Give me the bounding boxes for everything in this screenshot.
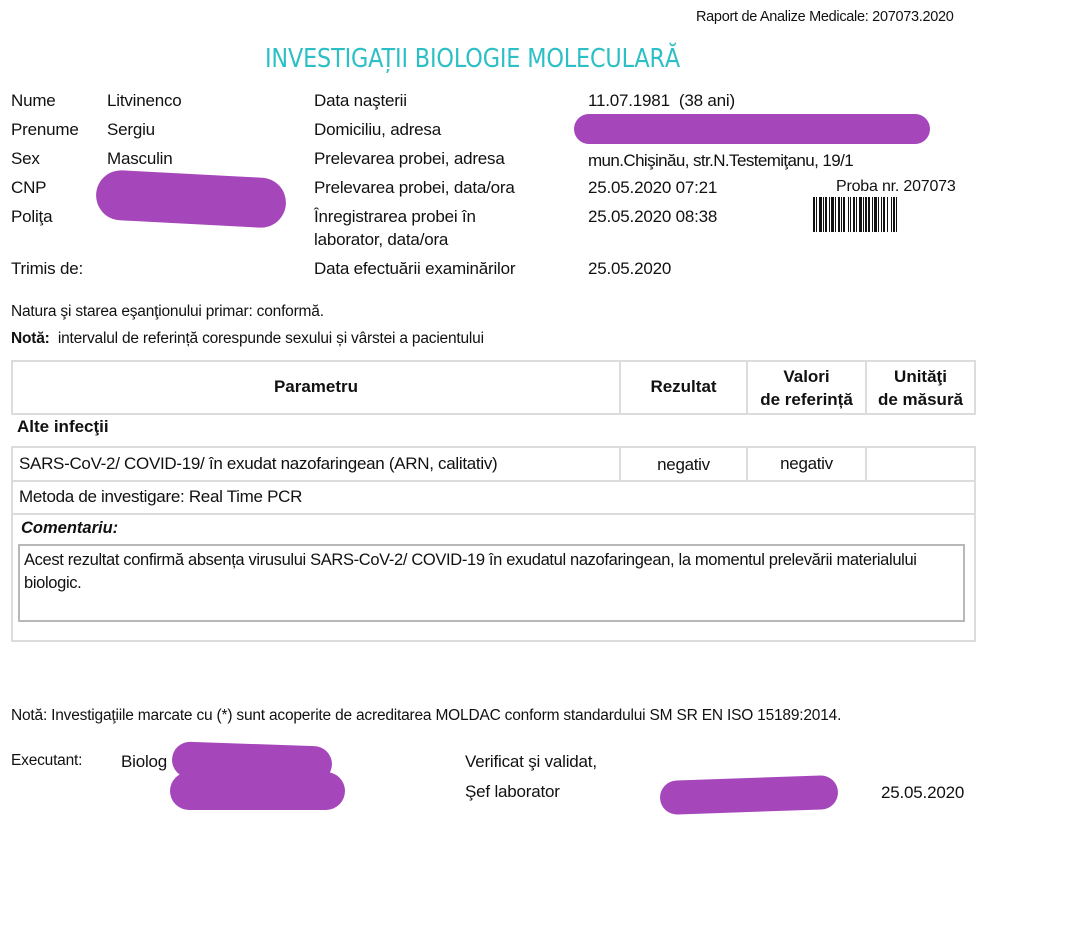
page-title: INVESTIGAȚII BIOLOGIE MOLECULARĂ [265,44,680,74]
header-rezultat: Rezultat [619,376,748,398]
header-valori-line2: de referință [746,389,867,411]
row-rezultat: negativ [619,455,748,475]
method-text: Metoda de investigare: Real Time PCR [19,487,302,507]
accreditation-note: Notă: Investigaţiile marcate cu (*) sunt… [11,707,841,725]
address-label: Domiciliu, adresa [314,120,441,140]
nume-label: Nume [11,91,56,111]
comment-title: Comentariu: [21,519,118,538]
reference-note-label: Notă: [11,330,50,347]
sex-value: Masculin [107,149,172,169]
chief-name-redaction [659,775,838,815]
chief-label: Şef laborator [465,782,560,802]
collection-datetime-value: 25.05.2020 07:21 [588,178,717,198]
cnp-polita-redaction [95,169,287,229]
registration-value: 25.05.2020 08:38 [588,207,717,227]
address-redaction [574,114,930,144]
exam-date-label: Data efectuării examinărilor [314,259,515,279]
report-number: Raport de Analize Medicale: 207073.2020 [696,9,954,25]
section-title: Alte infecţii [17,417,109,437]
birth-label: Data naşterii [314,91,407,111]
prenume-label: Prenume [11,120,79,140]
verified-label: Verificat şi validat, [465,752,597,772]
birth-value: 11.07.1981 (38 ani) [588,91,735,111]
row-cell-unitati [865,446,976,482]
header-unitati-line2: de măsură [865,389,976,411]
collection-datetime-label: Prelevarea probei, data/ora [314,178,515,198]
executant-value: Biolog [121,752,167,772]
reference-note-text: intervalul de referință corespunde sexul… [50,330,484,347]
header-unitati-line1: Unităţi [865,366,976,388]
signature-date: 25.05.2020 [881,783,964,803]
prenume-value: Sergiu [107,120,155,140]
comment-box: Acest rezultat confirmă absența virusulu… [18,544,965,622]
polita-label: Poliţa [11,207,52,227]
header-valori-line1: Valori [746,366,867,388]
header-parametru: Parametru [11,376,621,398]
reference-note: Notă: intervalul de referință corespunde… [11,330,484,348]
sample-number: Proba nr. 207073 [836,178,956,196]
sex-label: Sex [11,149,40,169]
executant-name-redaction-2 [170,772,345,810]
sample-state-note: Natura şi starea eşanţionului primar: co… [11,303,324,321]
collection-address-value: mun.Chişinău, str.N.Testemiţanu, 19/1 [588,151,853,171]
barcode-icon [813,197,971,232]
row-parametru: SARS-CoV-2/ COVID-19/ în exudat nazofari… [19,454,497,474]
nume-value: Litvinenco [107,91,182,111]
exam-date-value: 25.05.2020 [588,259,671,279]
executant-label: Executant: [11,752,82,770]
registration-label-line1: Înregistrarea probei în [314,207,476,227]
row-referinta: negativ [746,454,867,474]
collection-address-label: Prelevarea probei, adresa [314,149,505,169]
registration-label-line2: laborator, data/ora [314,230,448,250]
cnp-label: CNP [11,178,46,198]
trimis-label: Trimis de: [11,259,83,279]
